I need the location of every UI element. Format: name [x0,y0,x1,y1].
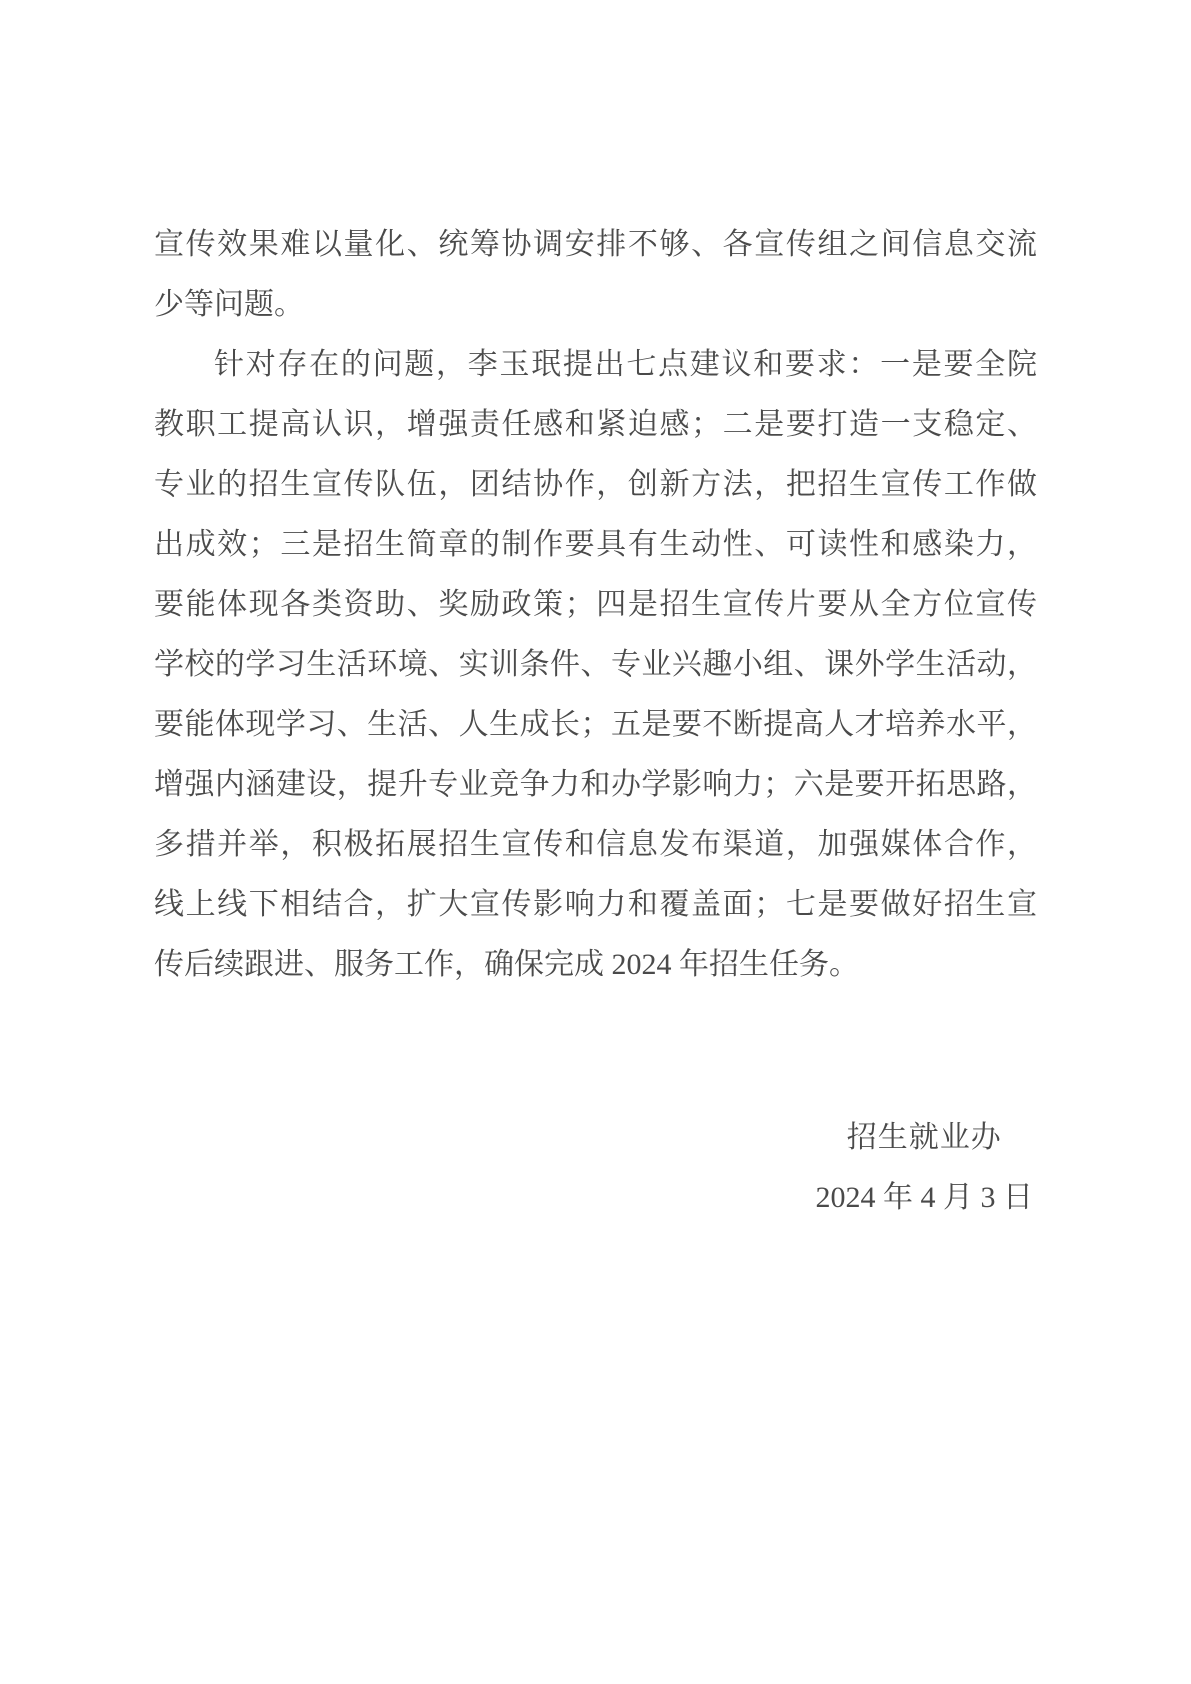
body-line: 针对存在的问题，李玉珉提出七点建议和要求：一是要全院 [154,335,1037,395]
signature-org: 招生就业办 [816,1108,1034,1168]
body-line: 多措并举，积极拓展招生宣传和信息发布渠道，加强媒体合作， [154,815,1037,875]
document-body: 宣传效果难以量化、统筹协调安排不够、各宣传组之间信息交流少等问题。针对存在的问题… [154,215,1037,995]
body-line: 教职工提高认识，增强责任感和紧迫感；二是要打造一支稳定、 [154,395,1037,455]
signature-date: 2024 年 4 月 3 日 [816,1168,1034,1228]
body-line: 学校的学习生活环境、实训条件、专业兴趣小组、课外学生活动， [154,635,1037,695]
body-line: 要能体现学习、生活、人生成长；五是要不断提高人才培养水平， [154,695,1037,755]
body-line: 传后续跟进、服务工作，确保完成 2024 年招生任务。 [154,935,1037,995]
body-line: 增强内涵建设，提升专业竞争力和办学影响力；六是要开拓思路， [154,755,1037,815]
document-page: 宣传效果难以量化、统筹协调安排不够、各宣传组之间信息交流少等问题。针对存在的问题… [0,0,1191,1684]
body-line: 线上线下相结合，扩大宣传影响力和覆盖面；七是要做好招生宣 [154,875,1037,935]
body-line: 宣传效果难以量化、统筹协调安排不够、各宣传组之间信息交流 [154,215,1037,275]
body-line: 专业的招生宣传队伍，团结协作，创新方法，把招生宣传工作做 [154,455,1037,515]
closing-block: 招生就业办 2024 年 4 月 3 日 [816,1108,1034,1228]
body-line: 少等问题。 [154,275,1037,335]
body-line: 出成效；三是招生简章的制作要具有生动性、可读性和感染力， [154,515,1037,575]
body-line: 要能体现各类资助、奖励政策；四是招生宣传片要从全方位宣传 [154,575,1037,635]
